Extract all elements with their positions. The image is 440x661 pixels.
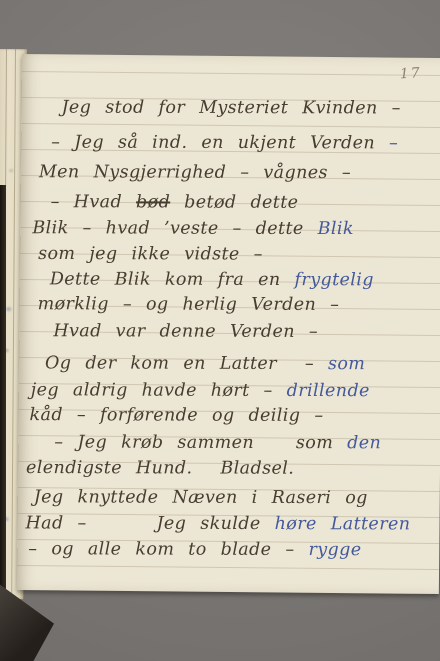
manuscript-line: – Jeg så ind. en ukjent Verden – (51, 130, 398, 155)
handwriting-segment: den (347, 433, 381, 453)
handwriting-segment: Had – Jeg skulde (25, 513, 274, 534)
manuscript-line: Had – Jeg skulde høre Latteren (25, 511, 410, 536)
photo-background: 17 Jeg stod for Mysteriet Kvinden –– Jeg… (0, 0, 440, 661)
handwriting-segment: rygge (308, 540, 361, 560)
manuscript-line: Dette Blik kom fra en frygtelig (50, 267, 374, 292)
handwriting-segment: – Jeg så ind. en ukjent Verden (51, 132, 375, 153)
handwriting-segment: Dette Blik kom fra en (50, 269, 295, 290)
page-edge-crease (11, 49, 16, 599)
handwriting-segment: frygtelig (295, 270, 374, 290)
manuscript-line: Og der kom en Latter – som (45, 351, 365, 376)
ink-smudge (6, 307, 11, 311)
manuscript-line: – Jeg krøb sammen som den (54, 430, 381, 455)
handwriting-segment: Jeg knyttede Næven i Raseri og (34, 487, 368, 508)
manuscript-line: Jeg knyttede Næven i Raseri og (34, 485, 368, 510)
handwriting-segment: Men Nysgjerrighed – vågnes – (39, 162, 351, 183)
handwriting-segment: elendigste Hund. Bladsel. (26, 458, 294, 479)
handwriting-segment: Jeg stod for Mysteriet Kvinden – (61, 98, 400, 119)
manuscript-lines: Jeg stod for Mysteriet Kvinden –– Jeg så… (17, 54, 440, 594)
handwriting-segment: som (328, 354, 365, 374)
handwriting-segment: høre Latteren (275, 514, 411, 534)
handwriting-segment: – Hvad (51, 192, 137, 212)
handwriting-segment: jeg aldrig havde hørt – (31, 380, 287, 401)
ink-smudge (9, 169, 13, 172)
manuscript-line: Hvad var denne Verden – (53, 319, 318, 344)
handwriting-segment: Blik – hvad ’veste – dette (32, 218, 317, 239)
manuscript-line: – og alle kom to blade – rygge (28, 537, 361, 562)
manuscript-line: Jeg stod for Mysteriet Kvinden – (61, 96, 400, 121)
handwriting-segment: Hvad var denne Verden – (53, 321, 318, 342)
manuscript-line: som jeg ikke vidste – (38, 242, 263, 267)
manuscript-line: kåd – forførende og deilig – (30, 403, 324, 428)
handwriting-segment: – og alle kom to blade – (28, 539, 308, 560)
handwriting-segment: som jeg ikke vidste – (38, 244, 263, 265)
manuscript-line: elendigste Hund. Bladsel. (26, 456, 294, 481)
handwriting-segment: drillende (287, 381, 370, 401)
manuscript-line: Men Nysgjerrighed – vågnes – (39, 160, 351, 185)
handwriting-segment: betød dette (170, 192, 298, 212)
manuscript-line: – Hvad bød betød dette (51, 190, 299, 215)
handwriting-segment: – (375, 133, 398, 153)
handwriting-segment: Blik (318, 219, 354, 239)
notebook-page: 17 Jeg stod for Mysteriet Kvinden –– Jeg… (17, 54, 440, 594)
handwriting-segment: bød (136, 192, 170, 212)
handwriting-segment: mørklig – og herlig Verden – (38, 294, 340, 315)
manuscript-line: Blik – hvad ’veste – dette Blik (32, 216, 354, 241)
book-cover-edge (0, 185, 6, 610)
manuscript-line: jeg aldrig havde hørt – drillende (31, 378, 370, 403)
handwriting-segment: – Jeg krøb sammen som (54, 432, 347, 453)
handwriting-segment: Og der kom en Latter – (45, 353, 328, 374)
handwriting-segment: kåd – forførende og deilig – (30, 405, 324, 426)
manuscript-line: mørklig – og herlig Verden – (38, 292, 340, 317)
